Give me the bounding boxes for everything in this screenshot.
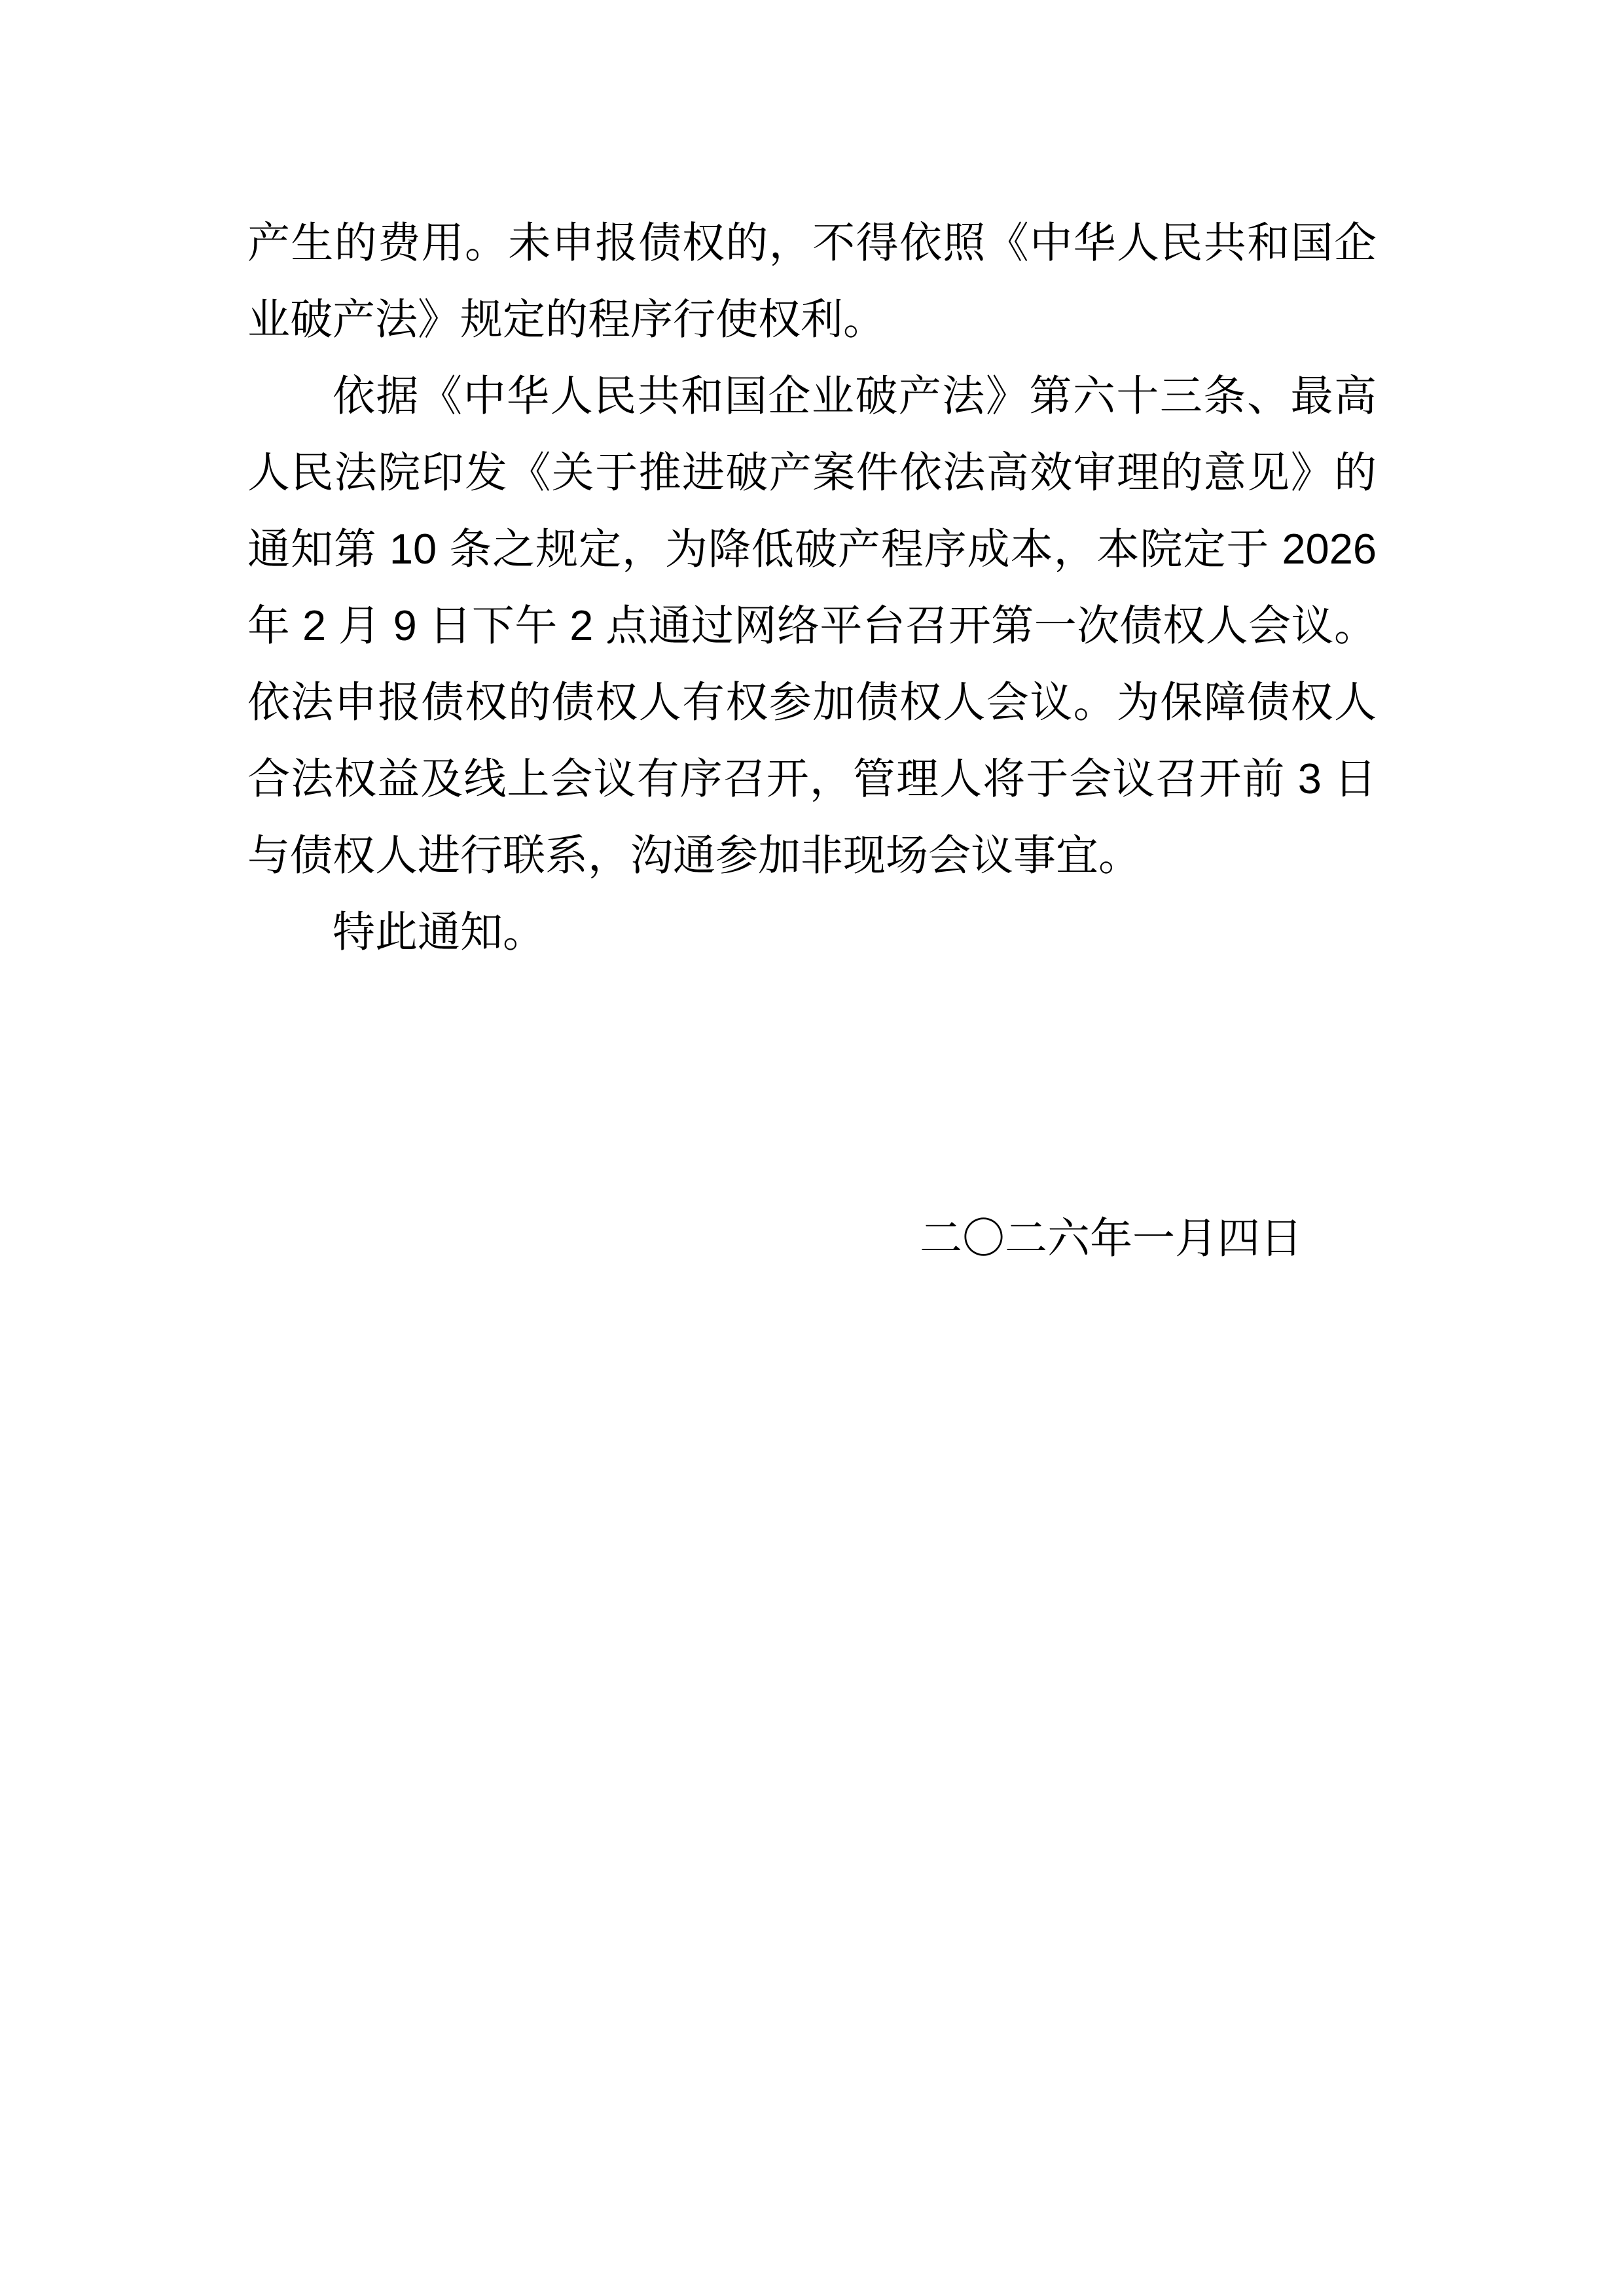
text-line: 业破产法》规定的程序行使权利。 xyxy=(247,281,1377,357)
text-block: 产生的费用。未申报债权的，不得依照《中华人民共和国企业破产法》规定的程序行使权利… xyxy=(247,204,1377,1276)
text-line: 与债权人进行联系，沟通参加非现场会议事宜。 xyxy=(247,817,1377,893)
date-line: 二〇二六年一月四日 xyxy=(247,1200,1377,1276)
text-line: 产生的费用。未申报债权的，不得依照《中华人民共和国企 xyxy=(247,204,1377,281)
paragraph-lines: 产生的费用。未申报债权的，不得依照《中华人民共和国企业破产法》规定的程序行使权利… xyxy=(247,204,1377,970)
text-line: 特此通知。 xyxy=(247,893,1377,970)
text-line: 合法权益及线上会议有序召开，管理人将于会议召开前 3 日 xyxy=(247,740,1377,817)
text-line: 依据《中华人民共和国企业破产法》第六十三条、最高 xyxy=(247,357,1377,434)
text-line: 依法申报债权的债权人有权参加债权人会议。为保障债权人 xyxy=(247,664,1377,740)
date-spacer xyxy=(247,970,1377,1200)
document-page: 产生的费用。未申报债权的，不得依照《中华人民共和国企业破产法》规定的程序行使权利… xyxy=(0,0,1624,2296)
text-line: 人民法院印发《关于推进破产案件依法高效审理的意见》的 xyxy=(247,434,1377,511)
text-line: 年 2 月 9 日下午 2 点通过网络平台召开第一次债权人会议。 xyxy=(247,587,1377,664)
text-line: 通知第 10 条之规定，为降低破产程序成本，本院定于 2026 xyxy=(247,511,1377,587)
